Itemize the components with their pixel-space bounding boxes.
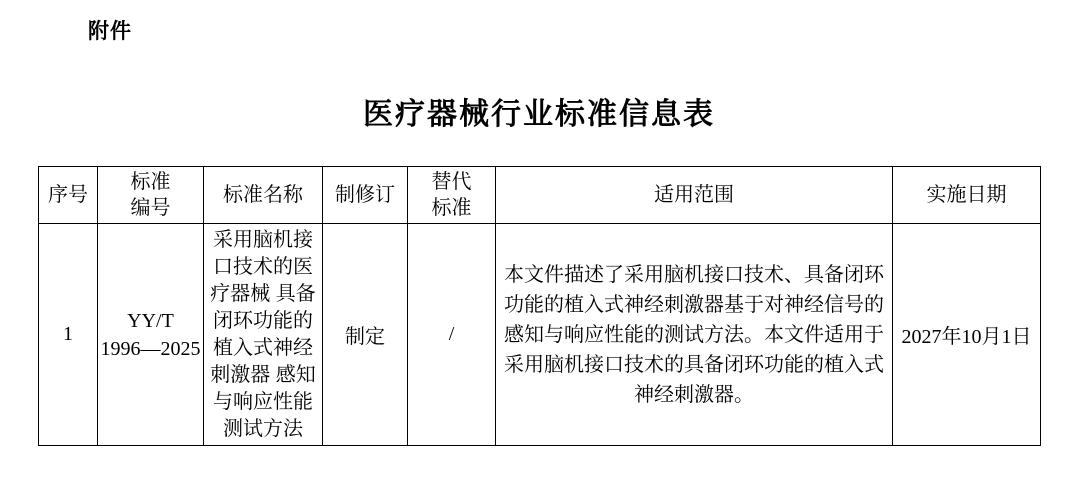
cell-replaced-standard: / [408, 224, 496, 446]
cell-scope: 本文件描述了采用脑机接口技术、具备闭环功能的植入式神经刺激器基于对神经信号的感知… [496, 224, 893, 446]
header-cell-standard-name: 标准名称 [204, 167, 323, 224]
cell-revision: 制定 [323, 224, 408, 446]
table-header-row: 序号 标准 编号 标准名称 制修订 替代 标准 适用范围 实施日期 [39, 167, 1041, 224]
cell-standard-number: YY/T 1996—2025 [98, 224, 204, 446]
document-page: 附件 医疗器械行业标准信息表 序号 标准 编号 标准名称 制修订 替代 标准 适… [0, 0, 1080, 480]
attachment-label: 附件 [88, 15, 132, 45]
header-cell-replaced-standard: 替代 标准 [408, 167, 496, 224]
cell-index: 1 [39, 224, 98, 446]
page-title: 医疗器械行业标准信息表 [38, 89, 1040, 133]
cell-standard-name: 采用脑机接 口技术的医 疗器械 具备 闭环功能的 植入式神经 刺激器 感知 与响… [204, 224, 323, 446]
cell-implementation-date: 2027年10月1日 [893, 224, 1041, 446]
table-row: 1 YY/T 1996—2025 采用脑机接 口技术的医 疗器械 具备 闭环功能… [39, 224, 1041, 446]
header-cell-index: 序号 [39, 167, 98, 224]
header-cell-standard-number: 标准 编号 [98, 167, 204, 224]
header-cell-scope: 适用范围 [496, 167, 893, 224]
standards-table: 序号 标准 编号 标准名称 制修订 替代 标准 适用范围 实施日期 1 YY/T… [38, 166, 1041, 446]
header-cell-revision: 制修订 [323, 167, 408, 224]
header-cell-implementation-date: 实施日期 [893, 167, 1041, 224]
